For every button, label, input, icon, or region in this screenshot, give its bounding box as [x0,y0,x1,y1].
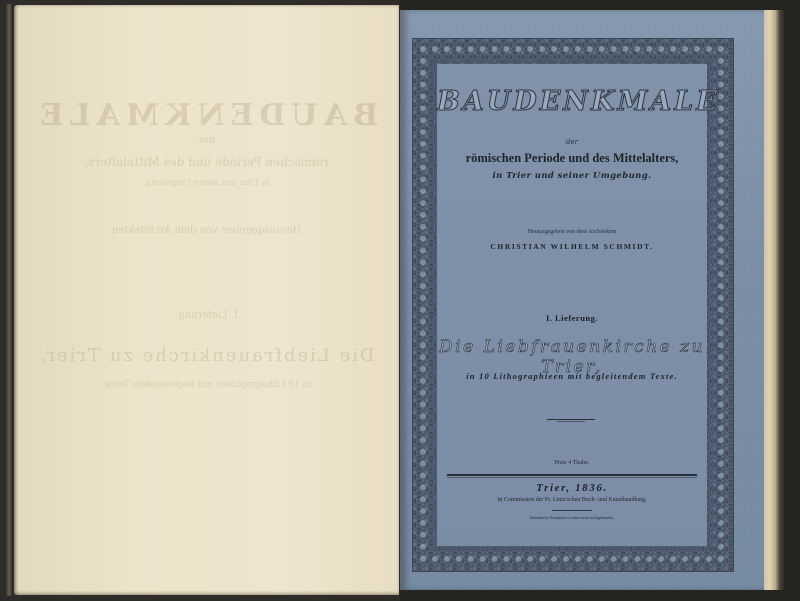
cover-der: der [437,138,707,146]
imprint-short-rule [552,510,592,511]
decorative-rule-thin [557,421,585,422]
title-panel: BAUDENKMALE der römischen Periode und de… [437,64,707,546]
price: Preis 4 Thaler. [437,460,707,466]
cover-subtitle: römischen Periode und des Mittelalters, [437,151,707,166]
imprint-note: Sämmtliche Exemplare werden nicht nachge… [437,515,707,520]
editor-name: CHRISTIAN WILHELM SCHMIDT. [437,242,707,251]
decorative-rule [547,419,595,420]
cover-title: BAUDENKMALE [437,86,707,117]
editor-label: Herausgegeben von dem Architekten [437,229,707,235]
work-description: in 10 Lithographieen mit begleitendem Te… [437,371,707,381]
imprint-city-year: Trier, 1836. [437,482,707,494]
left-board-edge [6,4,12,596]
part-number: I. Lieferung. [437,313,707,323]
imprint-publisher: In Commission der Fr. Lintz'schen Buch- … [437,497,707,503]
book-scan: BAUDENKMALE der römischen Periode und de… [0,0,800,601]
page-edges [762,10,784,590]
imprint-rule [447,474,697,476]
cover-location: in Trier und seiner Umgebung. [437,171,707,181]
imprint-rule-thin [447,477,697,478]
left-endpaper [14,5,399,595]
